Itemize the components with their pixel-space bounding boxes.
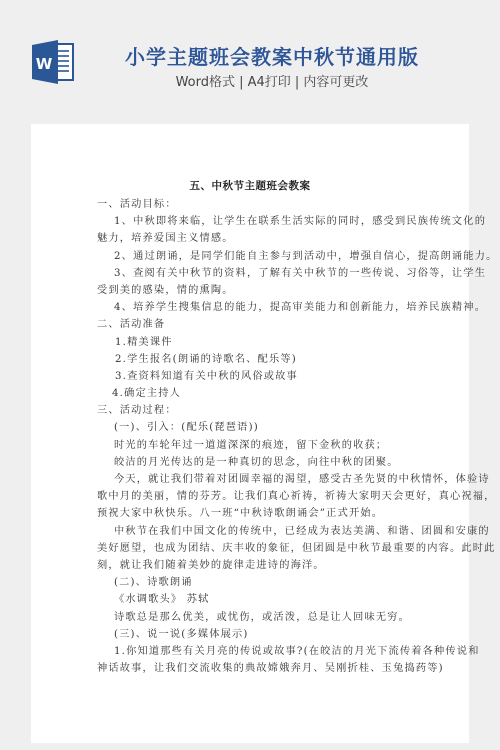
document-line: 今天，就让我们带着对团圆幸福的渴望，感受古圣先贤的中秋情怀，体验诗 bbox=[97, 471, 403, 488]
document-line: 刻，就让我们随着美妙的旋律走进诗的海洋。 bbox=[97, 557, 403, 574]
document-line: 2、通过朗诵，是同学们能自主参与到活动中，增强自信心，提高朗诵能力。 bbox=[97, 248, 403, 265]
document-title: 五、中秋节主题班会教案 bbox=[31, 179, 469, 193]
document-line: 魅力，培养爱国主义情感。 bbox=[97, 230, 403, 247]
document-line: 一、活动目标： bbox=[97, 196, 403, 213]
document-line: 美好愿望，也成为团结、庆丰收的象征，但团圆是中秋节最重要的内容。此时此 bbox=[97, 540, 403, 557]
document-line: 歌中月的美丽，情的芬芳。让我们真心祈祷，祈祷大家明天会更好，真心祝福， bbox=[97, 488, 403, 505]
document-line: 1、中秋即将来临，让学生在联系生活实际的同时，感受到民族传统文化的 bbox=[97, 213, 403, 230]
document-line: 4.确定主持人 bbox=[97, 385, 403, 402]
document-line: 中秋节在我们中国文化的传统中，已经成为表达美满、和谐、团圆和安康的 bbox=[97, 523, 403, 540]
document-line: 诗歌总是那么优美，或忧伤，或活泼，总是让人回味无穷。 bbox=[97, 609, 403, 626]
document-page: 五、中秋节主题班会教案 一、活动目标：1、中秋即将来临，让学生在联系生活实际的同… bbox=[31, 124, 469, 743]
document-body: 一、活动目标：1、中秋即将来临，让学生在联系生活实际的同时，感受到民族传统文化的… bbox=[97, 196, 403, 677]
document-line: 神话故事，让我们交流收集的典故嫦娥奔月、吴刚折桂、玉兔捣药等) bbox=[97, 660, 403, 677]
header: W 小学主题班会教案中秋节通用版 Word格式 | A4打印 | 内容可更改 bbox=[0, 0, 500, 124]
document-line: (三)、说一说(多媒体展示) bbox=[97, 626, 403, 643]
document-line: 《水调歌头》 苏轼 bbox=[97, 591, 403, 608]
svg-text:W: W bbox=[36, 55, 53, 73]
document-line: 三、活动过程： bbox=[97, 402, 403, 419]
document-line: 1.你知道那些有关月亮的传说或故事?(在皎洁的月光下流传着各种传说和 bbox=[97, 643, 403, 660]
document-line: 时光的车轮年过一道道深深的痕迹，留下金秋的收获； bbox=[97, 437, 403, 454]
document-line: (二)、诗歌朗诵 bbox=[97, 574, 403, 591]
document-line: 受到美的感染，情的熏陶。 bbox=[97, 282, 403, 299]
page-title: 小学主题班会教案中秋节通用版 bbox=[120, 44, 424, 70]
document-line: 2.学生报名(朗诵的诗歌名、配乐等) bbox=[97, 351, 403, 368]
document-line: 预祝大家中秋快乐。八一班“中秋诗歌朗诵会”正式开始。 bbox=[97, 505, 403, 522]
document-line: (一)、引入：(配乐(琵琶语)) bbox=[97, 419, 403, 436]
document-line: 1.精美课件 bbox=[97, 334, 403, 351]
document-line: 3、查阅有关中秋节的资料，了解有关中秋节的一些传说、习俗等，让学生 bbox=[97, 265, 403, 282]
word-icon: W bbox=[31, 40, 77, 84]
page-subtitle: Word格式 | A4打印 | 内容可更改 bbox=[120, 74, 424, 92]
document-line: 皎洁的月光传达的是一种真切的思念，向往中秋的团聚。 bbox=[97, 454, 403, 471]
document-line: 4、培养学生搜集信息的能力，提高审美能力和创新能力，培养民族精神。 bbox=[97, 299, 403, 316]
document-line: 3.查资料知道有关中秋的风俗或故事 bbox=[97, 368, 403, 385]
document-line: 二、活动准备 bbox=[97, 316, 403, 333]
